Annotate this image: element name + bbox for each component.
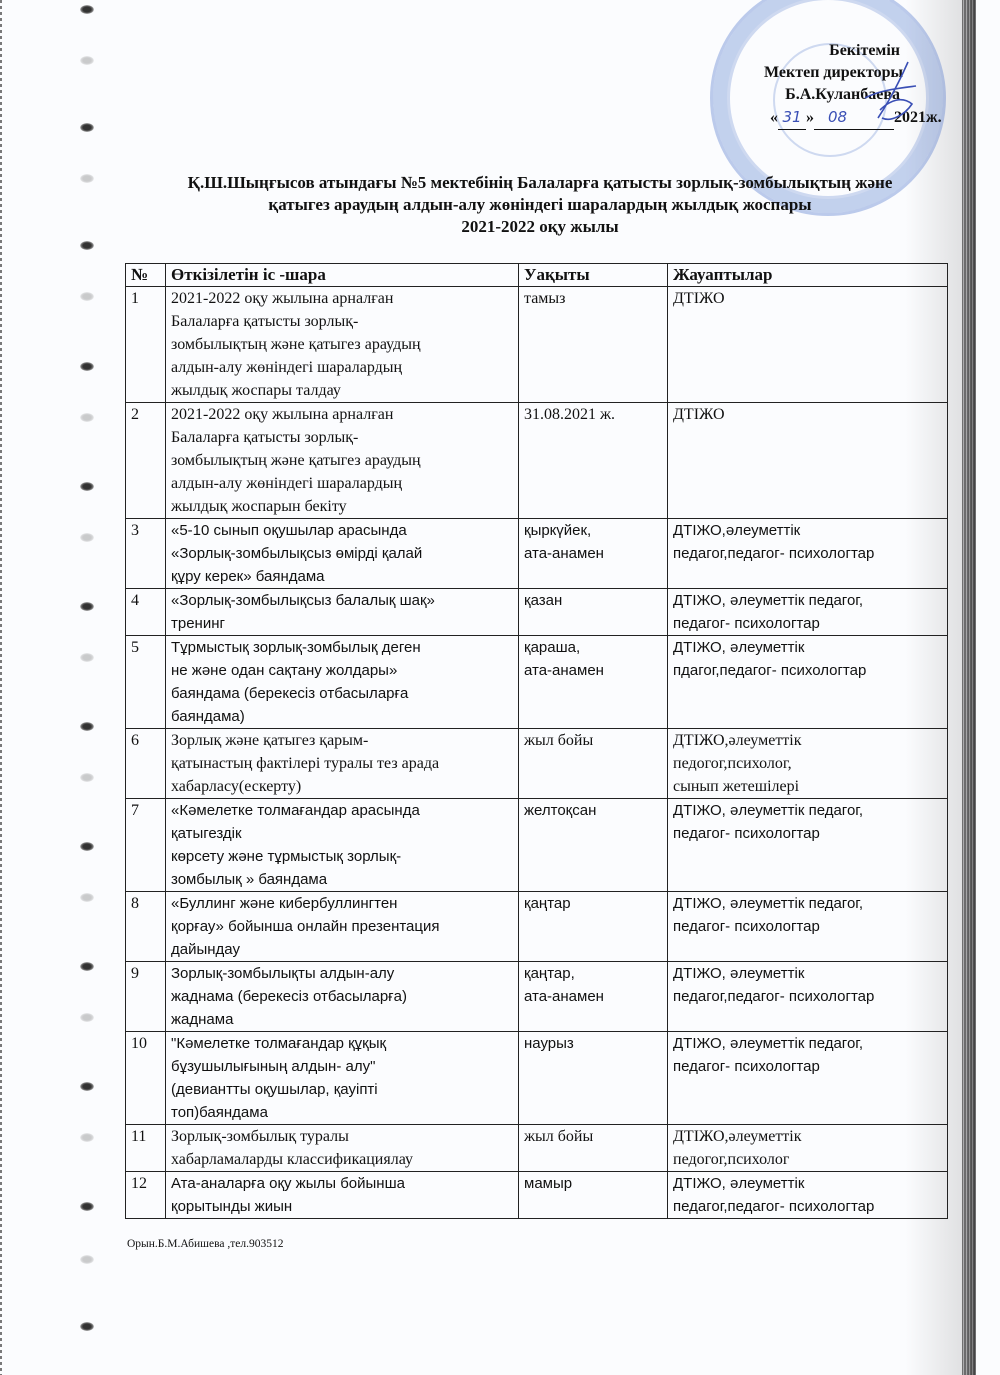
row-responsible: ДТІЖО	[668, 403, 948, 519]
row-event-line: "Кәмелетке толмағандар құқық	[171, 1032, 514, 1055]
plan-table: № Өткізілетін іс -шара Уақыты Жауаптылар…	[125, 263, 948, 1219]
row-event-line: «Зорлық-зомбылықсыз өмірді қалай	[171, 542, 514, 565]
row-time-line: ата-анамен	[524, 659, 663, 682]
row-event-line: (девиантты оқушылар, қауіпті	[171, 1078, 514, 1101]
row-time-line: желтоқсан	[524, 799, 663, 822]
row-time-line: қараша,	[524, 636, 663, 659]
row-number: 12	[126, 1172, 166, 1219]
header-number: №	[126, 264, 166, 287]
row-event-line: жаднама	[171, 1008, 514, 1031]
punch-hole-icon	[80, 773, 94, 782]
punch-hole-icon	[80, 482, 94, 491]
row-event-line: «Зорлық-зомбылықсыз балалық шақ»	[171, 589, 514, 612]
row-event-line: зомбылық » баяндама	[171, 868, 514, 891]
row-time-line: наурыз	[524, 1032, 663, 1055]
row-responsible: ДТІЖО,әлеуметтікпедогог,психолог,сынып ж…	[668, 729, 948, 799]
row-responsible-line: ДТІЖО	[673, 287, 943, 310]
row-time-line: қаңтар,	[524, 962, 663, 985]
row-number: 3	[126, 519, 166, 589]
row-event: 2021-2022 оқу жылына арналғанБалаларға қ…	[166, 287, 519, 403]
row-number: 8	[126, 892, 166, 962]
row-responsible: ДТІЖО, әлеуметтікпедагог,педагог- психол…	[668, 1172, 948, 1219]
header-time: Уақыты	[519, 264, 668, 287]
row-responsible-line: сынып жетешілері	[673, 775, 943, 798]
header-event: Өткізілетін іс -шара	[166, 264, 519, 287]
punch-hole-icon	[80, 362, 94, 371]
row-responsible-line: педагог- психологтар	[673, 1055, 943, 1078]
row-number: 11	[126, 1125, 166, 1172]
table-row: 4«Зорлық-зомбылықсыз балалық шақ»тренинг…	[126, 589, 948, 636]
document-title: Қ.Ш.Шыңғысов атындағы №5 мектебінің Бала…	[100, 172, 980, 238]
table-row: 11Зорлық-зомбылық туралыхабарламаларды к…	[126, 1125, 948, 1172]
row-responsible-line: педагог- психологтар	[673, 822, 943, 845]
row-responsible-line: ДТІЖО, әлеуметтік	[673, 962, 943, 985]
table-row: 7«Кәмелетке толмағандар арасындақатыгезд…	[126, 799, 948, 892]
punch-hole-icon	[80, 413, 94, 422]
row-event: Зорлық-зомбылық туралыхабарламаларды кла…	[166, 1125, 519, 1172]
row-responsible: ДТІЖО, әлеуметтік педагог,педагог- психо…	[668, 1032, 948, 1125]
table-row: 12021-2022 оқу жылына арналғанБалаларға …	[126, 287, 948, 403]
punch-hole-icon	[80, 842, 94, 851]
punch-hole-icon	[80, 56, 94, 65]
approval-date-day: 31	[782, 108, 801, 126]
punch-hole-icon	[80, 602, 94, 611]
row-number: 6	[126, 729, 166, 799]
row-responsible-line: ДТІЖО,әлеуметтік	[673, 1125, 943, 1148]
row-responsible: ДТІЖО	[668, 287, 948, 403]
table-row: 5Тұрмыстық зорлық-зомбылық дегенне және …	[126, 636, 948, 729]
row-event-line: бұзушылығының алдын- алу"	[171, 1055, 514, 1078]
row-event-line: баяндама)	[171, 705, 514, 728]
row-responsible-line: педогог,психолог,	[673, 752, 943, 775]
row-event-line: Тұрмыстық зорлық-зомбылық деген	[171, 636, 514, 659]
row-time-line: мамыр	[524, 1172, 663, 1195]
row-responsible-line: ДТІЖО, әлеуметтік	[673, 636, 943, 659]
row-event-line: зомбылықтың және қатыгез араудың	[171, 333, 514, 356]
row-time: қаңтар,ата-анамен	[519, 962, 668, 1032]
row-responsible-line: ДТІЖО,әлеуметтік	[673, 729, 943, 752]
row-responsible-line: педагог- психологтар	[673, 612, 943, 635]
row-event-line: Зорлық-зомбылық туралы	[171, 1125, 514, 1148]
signature-icon	[860, 60, 920, 130]
row-responsible-line: ДТІЖО, әлеуметтік	[673, 1172, 943, 1195]
row-time-line: 31.08.2021 ж.	[524, 403, 663, 426]
row-event-line: зомбылықтың және қатыгез араудың	[171, 449, 514, 472]
row-event-line: көрсету және тұрмыстық зорлық-	[171, 845, 514, 868]
row-responsible: ДТІЖО, әлеуметтікпдагог,педагог- психоло…	[668, 636, 948, 729]
row-responsible: ДТІЖО, әлеуметтікпедагог,педагог- психол…	[668, 962, 948, 1032]
row-event: Зорлық-зомбылықты алдын-алужаднама (бере…	[166, 962, 519, 1032]
row-number: 9	[126, 962, 166, 1032]
row-event-line: «5-10 сынып оқушылар арасында	[171, 519, 514, 542]
row-event: Зорлық және қатыгез қарым-қатынастың фак…	[166, 729, 519, 799]
row-event: «Зорлық-зомбылықсыз балалық шақ»тренинг	[166, 589, 519, 636]
row-time: жыл бойы	[519, 1125, 668, 1172]
row-time-line: ата-анамен	[524, 985, 663, 1008]
row-time: 31.08.2021 ж.	[519, 403, 668, 519]
table-row: 6Зорлық және қатыгез қарым-қатынастың фа…	[126, 729, 948, 799]
row-event: «5-10 сынып оқушылар арасында«Зорлық-зом…	[166, 519, 519, 589]
row-responsible-line: педогог,психолог	[673, 1148, 943, 1171]
punch-hole-icon	[80, 653, 94, 662]
row-number: 5	[126, 636, 166, 729]
row-event-line: «Кәмелетке толмағандар арасында	[171, 799, 514, 822]
title-line-3: 2021-2022 оқу жылы	[100, 216, 980, 238]
row-time: қаңтар	[519, 892, 668, 962]
row-event-line: Балаларға қатысты зорлық-	[171, 310, 514, 333]
row-event-line: хабарласу(ескерту)	[171, 775, 514, 798]
table-row: 9Зорлық-зомбылықты алдын-алужаднама (бер…	[126, 962, 948, 1032]
table-header-row: № Өткізілетін іс -шара Уақыты Жауаптылар	[126, 264, 948, 287]
row-event-line: Ата-аналарға оқу жылы бойынша	[171, 1172, 514, 1195]
row-event-line: хабарламаларды классификациялау	[171, 1148, 514, 1171]
row-responsible: ДТІЖО, әлеуметтік педагог,педагог- психо…	[668, 589, 948, 636]
punch-hole-icon	[80, 722, 94, 731]
row-responsible: ДТІЖО,әлеуметтікпедагог,педагог- психоло…	[668, 519, 948, 589]
row-time-line: тамыз	[524, 287, 663, 310]
row-event-line: құру керек» баяндама	[171, 565, 514, 588]
table-row: 22021-2022 оқу жылына арналғанБалаларға …	[126, 403, 948, 519]
row-time-line: жыл бойы	[524, 1125, 663, 1148]
row-event-line: 2021-2022 оқу жылына арналған	[171, 403, 514, 426]
row-event: Тұрмыстық зорлық-зомбылық дегенне және о…	[166, 636, 519, 729]
punch-hole-icon	[80, 1133, 94, 1142]
row-event-line: қатынастың фактілері туралы тез арада	[171, 752, 514, 775]
row-event-line: «Буллинг және кибербуллингтен	[171, 892, 514, 915]
row-event-line: баяндама (берекесіз отбасыларға	[171, 682, 514, 705]
row-time: желтоқсан	[519, 799, 668, 892]
row-time: жыл бойы	[519, 729, 668, 799]
row-time: тамыз	[519, 287, 668, 403]
punch-hole-icon	[80, 1255, 94, 1264]
row-time-line: жыл бойы	[524, 729, 663, 752]
row-event-line: Зорлық-зомбылықты алдын-алу	[171, 962, 514, 985]
row-event-line: қорытынды жиын	[171, 1195, 514, 1218]
row-time: қазан	[519, 589, 668, 636]
row-number: 7	[126, 799, 166, 892]
punch-hole-icon	[80, 1082, 94, 1091]
row-time: қыркүйек,ата-анамен	[519, 519, 668, 589]
row-responsible-line: педагог,педагог- психологтар	[673, 542, 943, 565]
row-event: 2021-2022 оқу жылына арналғанБалаларға қ…	[166, 403, 519, 519]
row-responsible-line: педагог- психологтар	[673, 915, 943, 938]
row-responsible-line: ДТІЖО	[673, 403, 943, 426]
table-row: 3«5-10 сынып оқушылар арасында«Зорлық-зо…	[126, 519, 948, 589]
executor-note: Орын.Б.М.Абишева ,тел.903512	[127, 1238, 283, 1250]
row-time: мамыр	[519, 1172, 668, 1219]
punch-hole-icon	[80, 1202, 94, 1211]
row-responsible-line: ДТІЖО,әлеуметтік	[673, 519, 943, 542]
punch-hole-icon	[80, 241, 94, 250]
row-time-line: ата-анамен	[524, 542, 663, 565]
row-responsible: ДТІЖО, әлеуметтік педагог,педагог- психо…	[668, 799, 948, 892]
row-responsible-line: ДТІЖО, әлеуметтік педагог,	[673, 1032, 943, 1055]
row-responsible-line: педагог,педагог- психологтар	[673, 985, 943, 1008]
row-event-line: Балаларға қатысты зорлық-	[171, 426, 514, 449]
row-responsible-line: ДТІЖО, әлеуметтік педагог,	[673, 892, 943, 915]
row-responsible: ДТІЖО, әлеуметтік педагог,педагог- психо…	[668, 892, 948, 962]
approval-title: Бекітемін	[745, 40, 945, 62]
table-row: 10"Кәмелетке толмағандар құқықбұзушылығы…	[126, 1032, 948, 1125]
row-time: қараша,ата-анамен	[519, 636, 668, 729]
row-responsible-line: пдагог,педагог- психологтар	[673, 659, 943, 682]
row-event-line: тренинг	[171, 612, 514, 635]
table-body: 12021-2022 оқу жылына арналғанБалаларға …	[126, 287, 948, 1219]
row-event: «Буллинг және кибербуллингтенқорғау» бой…	[166, 892, 519, 962]
scan-left-edge	[0, 0, 2, 1375]
punch-hole-icon	[80, 1322, 94, 1331]
punch-hole-icon	[80, 5, 94, 14]
row-event-line: топ)баяндама	[171, 1101, 514, 1124]
row-event-line: Зорлық және қатыгез қарым-	[171, 729, 514, 752]
punch-hole-icon	[80, 292, 94, 301]
row-responsible-line: ДТІЖО, әлеуметтік педагог,	[673, 589, 943, 612]
row-event-line: қатыгездік	[171, 822, 514, 845]
title-line-1: Қ.Ш.Шыңғысов атындағы №5 мектебінің Бала…	[100, 172, 980, 194]
punch-hole-icon	[80, 962, 94, 971]
punch-hole-icon	[80, 1013, 94, 1022]
row-number: 1	[126, 287, 166, 403]
row-time-line: қаңтар	[524, 892, 663, 915]
row-responsible: ДТІЖО,әлеуметтікпедогог,психолог	[668, 1125, 948, 1172]
row-event-line: жылдық жоспарын бекіту	[171, 495, 514, 518]
table-row: 12Ата-аналарға оқу жылы бойыншақорытынды…	[126, 1172, 948, 1219]
punch-hole-icon	[80, 533, 94, 542]
punch-hole-icon	[80, 174, 94, 183]
row-event-line: дайындау	[171, 938, 514, 961]
table-row: 8«Буллинг және кибербуллингтенқорғау» бо…	[126, 892, 948, 962]
row-responsible-line: ДТІЖО, әлеуметтік педагог,	[673, 799, 943, 822]
row-event: «Кәмелетке толмағандар арасындақатыгезді…	[166, 799, 519, 892]
row-event-line: алдын-алу жөніндегі шаралардың	[171, 356, 514, 379]
row-time-line: қыркүйек,	[524, 519, 663, 542]
title-line-2: қатыгез араудың алдын-алу жөніндегі шара…	[100, 194, 980, 216]
row-event-line: 2021-2022 оқу жылына арналған	[171, 287, 514, 310]
row-responsible-line: педагог,педагог- психологтар	[673, 1195, 943, 1218]
row-event-line: жылдық жоспары талдау	[171, 379, 514, 402]
row-event-line: не және одан сақтану жолдары»	[171, 659, 514, 682]
row-event-line: алдын-алу жөніндегі шаралардың	[171, 472, 514, 495]
row-number: 4	[126, 589, 166, 636]
row-time: наурыз	[519, 1032, 668, 1125]
row-number: 10	[126, 1032, 166, 1125]
row-event: Ата-аналарға оқу жылы бойыншақорытынды ж…	[166, 1172, 519, 1219]
row-event-line: қорғау» бойынша онлайн презентация	[171, 915, 514, 938]
row-event: "Кәмелетке толмағандар құқықбұзушылығыны…	[166, 1032, 519, 1125]
punch-hole-icon	[80, 123, 94, 132]
row-time-line: қазан	[524, 589, 663, 612]
approval-date-month: 08	[828, 108, 847, 126]
header-responsible: Жауаптылар	[668, 264, 948, 287]
row-event-line: жаднама (берекесіз отбасыларға)	[171, 985, 514, 1008]
row-number: 2	[126, 403, 166, 519]
punch-hole-icon	[80, 893, 94, 902]
